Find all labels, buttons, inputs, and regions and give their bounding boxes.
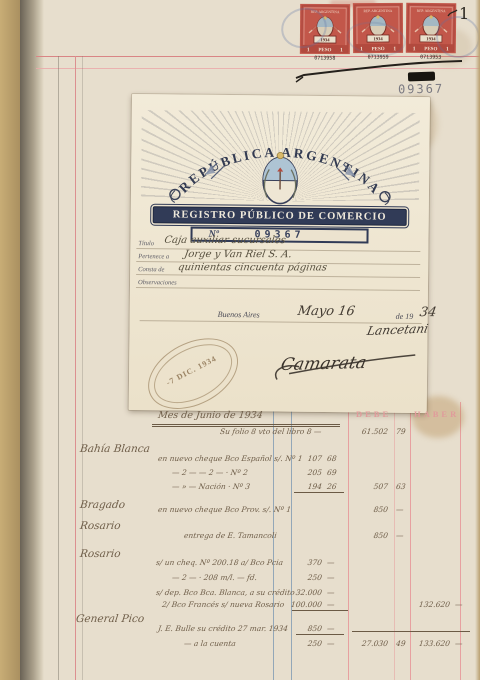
entry-description: 2/ Bco Francés s/ nueva Rosario — [161, 600, 284, 609]
entry-description: — » — Nación · Nº 3 — [171, 482, 250, 491]
entry-amount-cents: 68 — [326, 454, 337, 463]
entry-description: — 2 — — 2 — · Nº 2 — [171, 468, 248, 477]
stamp-denomination-word: PESO — [424, 47, 437, 52]
credit-amount: 132.620 — [407, 600, 450, 609]
debit-amount: 850 — [345, 531, 388, 540]
entry-description: en nuevo cheque Bco Prov. s/. Nº 1 — [157, 505, 291, 514]
ruling-line-vertical — [58, 56, 59, 680]
ledger-page-photo: REP. ARGENTINA 1934 1 PESO 1 0713958 REP… — [0, 0, 480, 680]
credit-amount-cents: — — [454, 600, 463, 609]
field-label: Consta de — [138, 266, 164, 273]
ledger-row: entrega de E. Tamancoli 850 — — [0, 531, 480, 544]
folio-number: 1 — [459, 4, 469, 23]
debit-amount-cents: — — [395, 531, 404, 540]
debit-amount: 61.502 — [345, 427, 388, 436]
debit-amount-cents: 79 — [395, 427, 406, 436]
form-rule — [136, 274, 420, 278]
entry-description: J. E. Bulle su crédito 27 mar. 1934 — [157, 624, 288, 633]
entry-amount-cents: 69 — [326, 468, 337, 477]
stamp-country-text: REP. ARGENTINA — [364, 9, 393, 13]
signature-small: Lancetani — [366, 322, 430, 338]
black-label-tab — [408, 72, 435, 82]
credit-amount-cents: — — [454, 639, 463, 648]
entry-amount-cents: — — [326, 639, 335, 648]
date-rubber-stamp: -7 DIC. 1934 — [136, 324, 250, 423]
entry-amount-cents: — — [326, 573, 335, 582]
stamped-registry-number: 09367 — [398, 82, 444, 97]
entry-amount-cents: — — [326, 588, 335, 597]
ledger-row: 2/ Bco Francés s/ nueva Rosario 100.000 … — [0, 600, 480, 613]
debit-amount: 27.030 — [345, 639, 388, 648]
engraved-sunburst — [141, 110, 420, 203]
field-label: Observaciones — [138, 279, 177, 286]
stamp-denomination-left: 1 — [413, 46, 416, 52]
ledger-row: — 2 — · 208 m/l. — fd. 250 — — [0, 573, 480, 586]
place-label: Buenos Aires — [218, 310, 260, 319]
credit-column-header: HABER — [414, 409, 459, 419]
field-value: Caja auxiliar sucursales — [164, 235, 287, 246]
stamp-denomination-right: 1 — [340, 48, 343, 54]
ledger-row: — 2 — — 2 — · Nº 2 205 69 — [0, 468, 480, 481]
entry-description: s/ dep. Bco Bca. Blanca, a su crédito — [155, 588, 295, 597]
ruling-line-vertical — [75, 56, 76, 680]
stamp-country-text: REP. ARGENTINA — [417, 9, 446, 13]
handwritten-year: 34 — [419, 305, 438, 320]
entry-amount: 194 — [277, 482, 322, 491]
sum-underline — [294, 492, 344, 493]
entry-amount-cents: — — [326, 558, 335, 567]
field-label: Título — [138, 240, 154, 247]
credit-amount: 133.620 — [407, 639, 450, 648]
entry-amount-cents: 26 — [326, 482, 337, 491]
debit-amount: 850 — [345, 505, 388, 514]
ledger-row: en nuevo cheque Bco Español s/. Nº 1 107… — [0, 454, 480, 467]
ruling-line-horizontal — [36, 68, 480, 69]
entry-description: Su folio 8 vto del libro 8 — — [219, 427, 322, 436]
stamp-serial-number: 0713958 — [314, 55, 335, 61]
entry-amount: 250 — [277, 573, 322, 582]
stamp-denomination-left: 1 — [307, 47, 310, 53]
ledger-row: en nuevo cheque Bco Prov. s/. Nº 1 850 — — [0, 505, 480, 518]
debit-amount-cents: 63 — [395, 482, 406, 491]
page-right-edge — [475, 0, 480, 680]
month-header: Mes de Junio de 1934 — [157, 410, 263, 421]
stamp-denomination-word: PESO — [318, 48, 331, 53]
form-rule — [136, 287, 420, 291]
entry-amount: 107 — [277, 454, 322, 463]
entry-amount: 100.000 — [277, 600, 322, 609]
totals-rule — [352, 631, 470, 632]
handwritten-date: Mayo 16 — [296, 304, 355, 319]
sum-underline — [292, 610, 348, 611]
field-value: Jorge y Van Riel S. A. — [183, 249, 292, 260]
ledger-row: — » — Nación · Nº 3 194 26 507 63 — [0, 482, 480, 495]
debit-column-header: DEBE — [356, 409, 391, 419]
entry-amount: 250 — [277, 639, 322, 648]
entry-amount-cents: — — [326, 600, 335, 609]
ledger-row: s/ un cheq. Nº 200.18 a/ Bco Pcia 370 — — [0, 558, 480, 571]
sum-underline — [296, 634, 344, 635]
entry-description: s/ un cheq. Nº 200.18 a/ Bco Pcia — [155, 558, 283, 567]
entry-description: — a la cuenta — [183, 639, 236, 648]
entry-amount: 205 — [277, 468, 322, 477]
entry-amount: 370 — [277, 558, 322, 567]
entry-description: — 2 — · 208 m/l. — fd. — [171, 573, 257, 582]
debit-amount-cents: 49 — [395, 639, 406, 648]
stamp-year-text: 1934 — [426, 36, 436, 41]
entry-amount: 850 — [277, 624, 322, 633]
stamp-serial-number: 0713953 — [420, 54, 441, 60]
registry-certificate: REPÚBLICA ARGENTINA REGISTRO PÚBLICO DE … — [129, 94, 430, 413]
year-prefix-label: de 19 — [396, 312, 414, 321]
debit-amount: 507 — [345, 482, 388, 491]
field-label: Pertenece a — [138, 253, 169, 260]
entry-amount: 32.000 — [277, 588, 322, 597]
entry-amount-cents: — — [326, 624, 335, 633]
debit-amount-cents: — — [395, 505, 404, 514]
ledger-row: Su folio 8 vto del libro 8 — 61.502 79 — [0, 427, 480, 440]
signature-large: Camarata — [279, 353, 368, 375]
ledger-row: — a la cuenta 250 — 27.030 49 133.620 — — [0, 639, 480, 652]
ruling-line-vertical — [82, 56, 83, 680]
registry-banner: REGISTRO PÚBLICO DE COMERCIO — [153, 206, 407, 226]
entry-description: entrega de E. Tamancoli — [183, 531, 277, 540]
field-value: quinientas cincuenta páginas — [177, 262, 328, 273]
